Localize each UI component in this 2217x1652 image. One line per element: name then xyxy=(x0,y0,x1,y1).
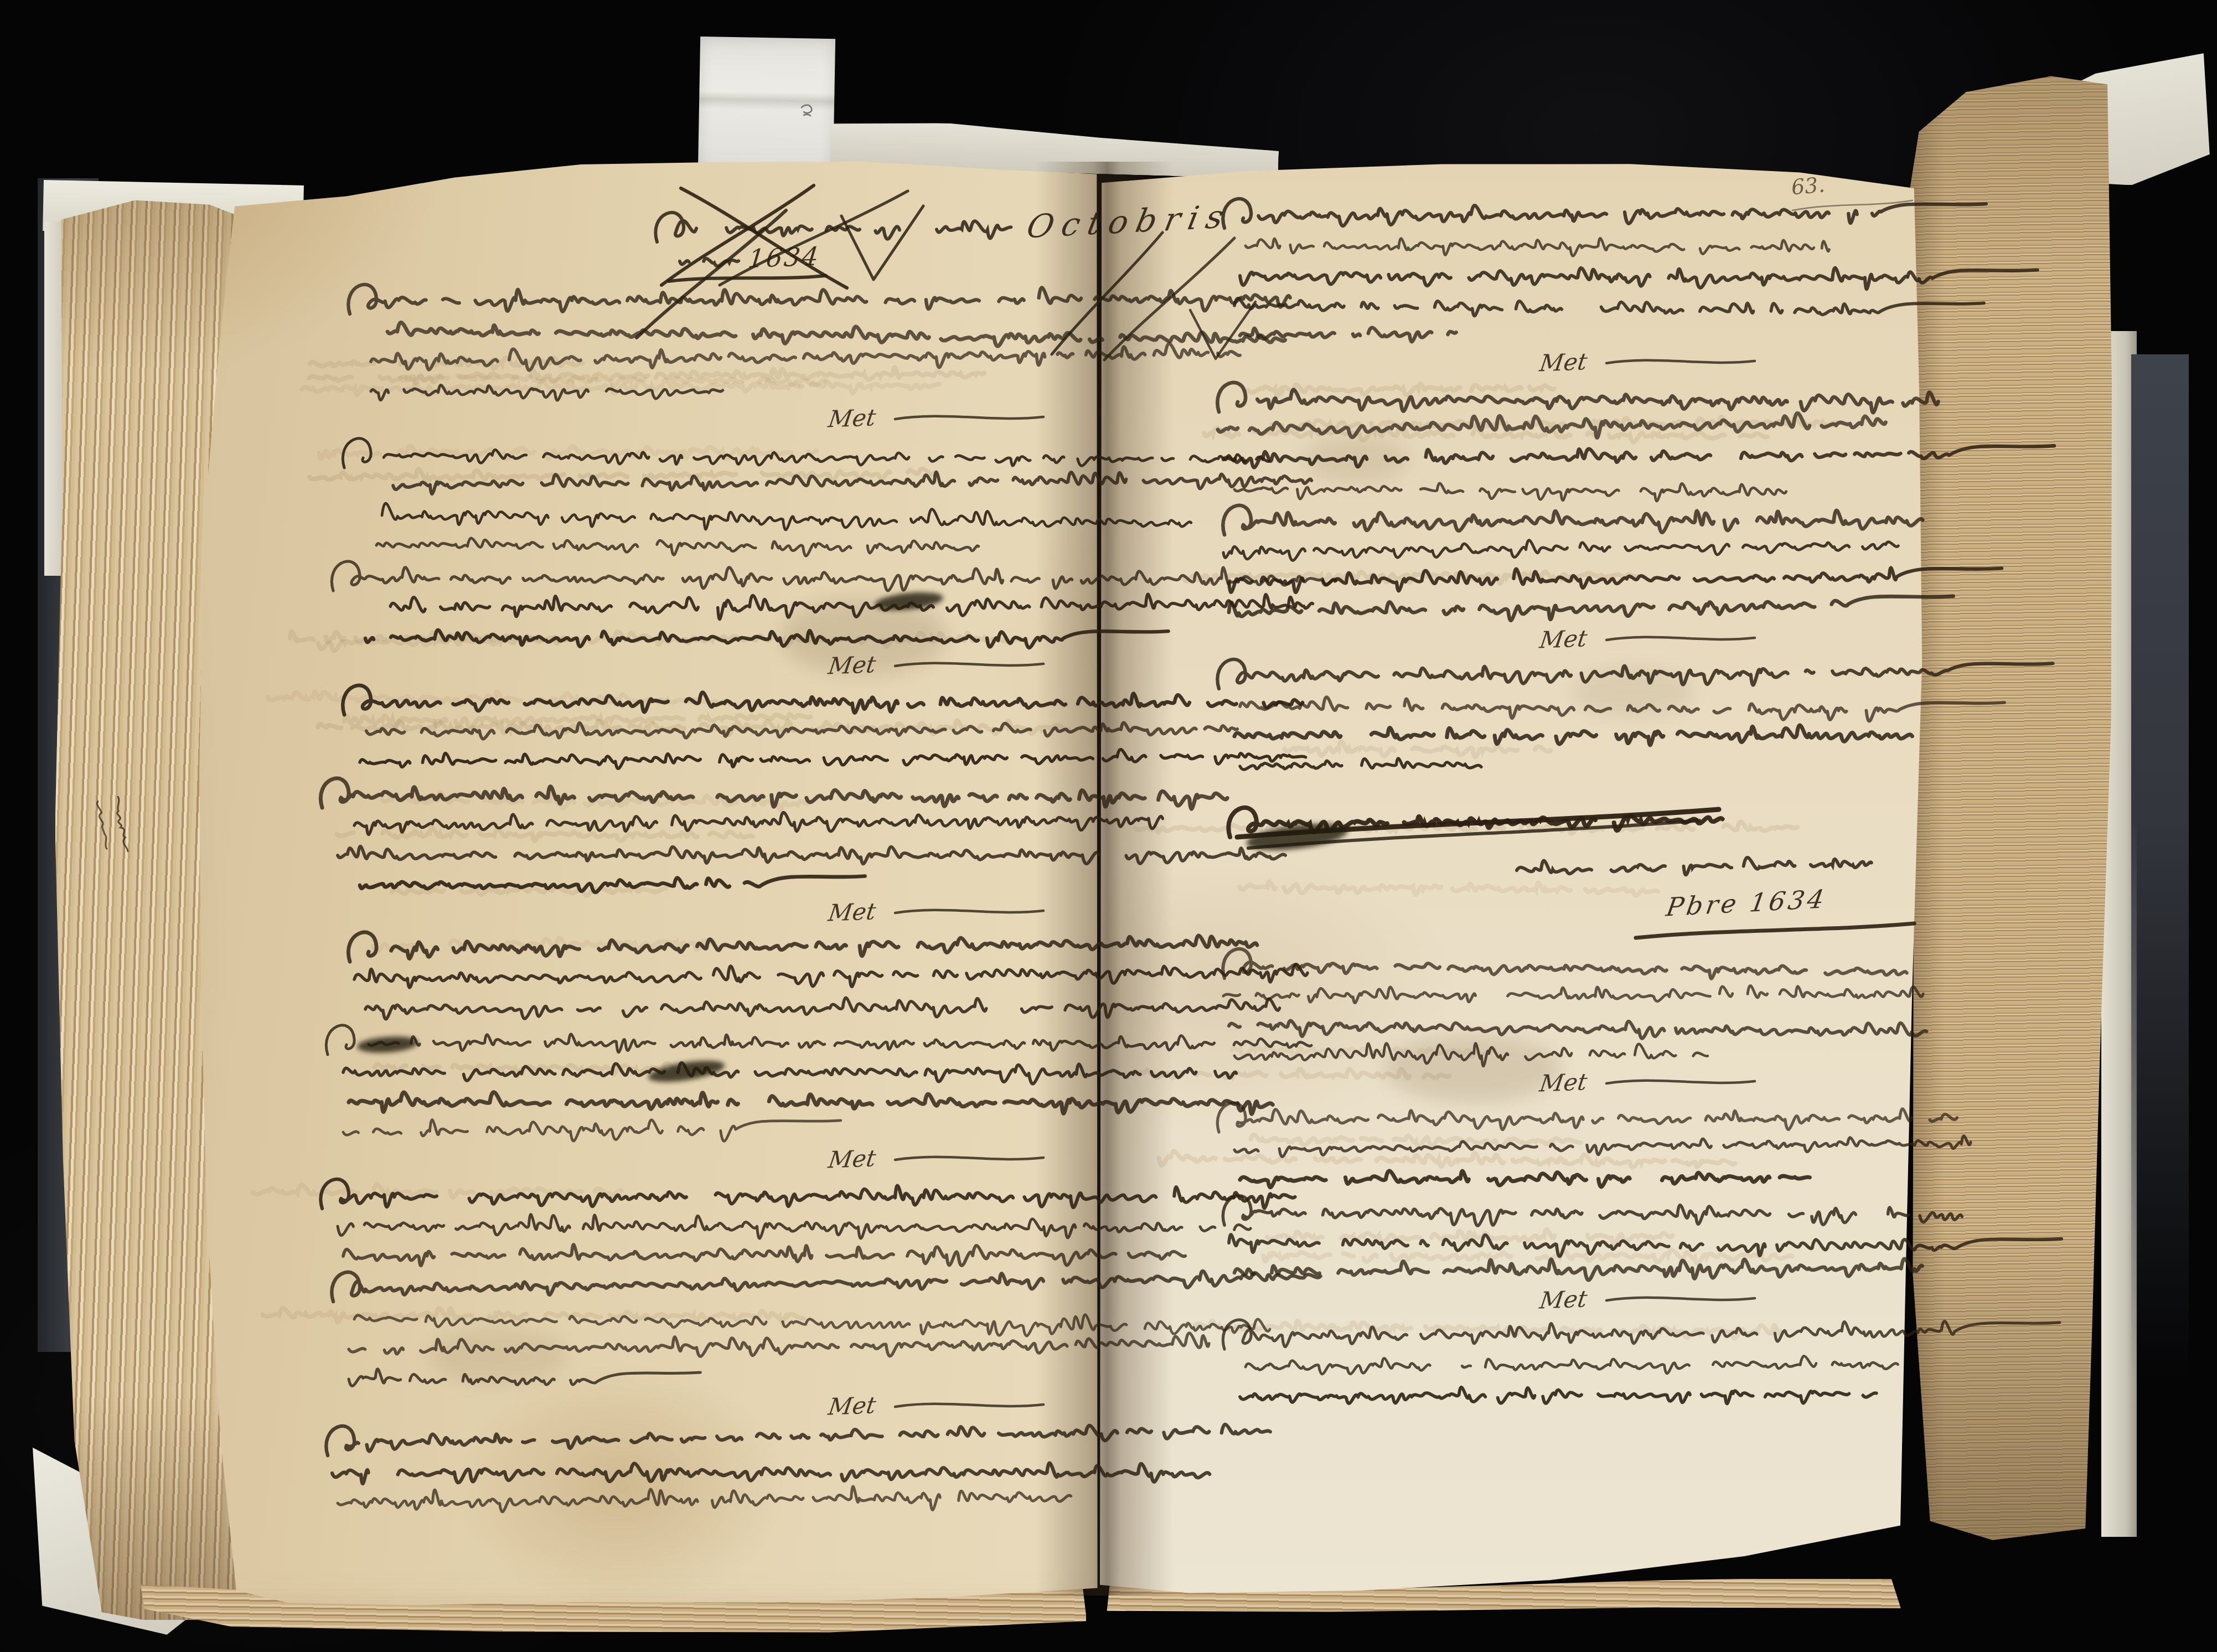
met-separator: Met xyxy=(1538,625,1589,654)
met-separator: Met xyxy=(1538,348,1589,377)
photo-stage: Octobris 1634 63. Pbre 1634 MetMetMetMet… xyxy=(0,0,2217,1652)
met-separator: Met xyxy=(826,651,877,680)
fore-edge-stack xyxy=(1908,74,2117,1545)
met-separator: Met xyxy=(1538,1286,1589,1314)
met-separator: Met xyxy=(826,404,877,433)
right-cover-board xyxy=(2131,354,2189,1379)
heading-year: 1634 xyxy=(747,241,821,273)
met-separator: Met xyxy=(826,898,877,927)
met-separator: Met xyxy=(826,1392,877,1421)
met-separator: Met xyxy=(826,1145,877,1174)
met-separator: Met xyxy=(1538,1068,1589,1097)
bookmark-tab xyxy=(698,37,835,175)
folio-number: 63. xyxy=(1790,172,1826,199)
gutter-shadow xyxy=(1035,162,1174,1596)
